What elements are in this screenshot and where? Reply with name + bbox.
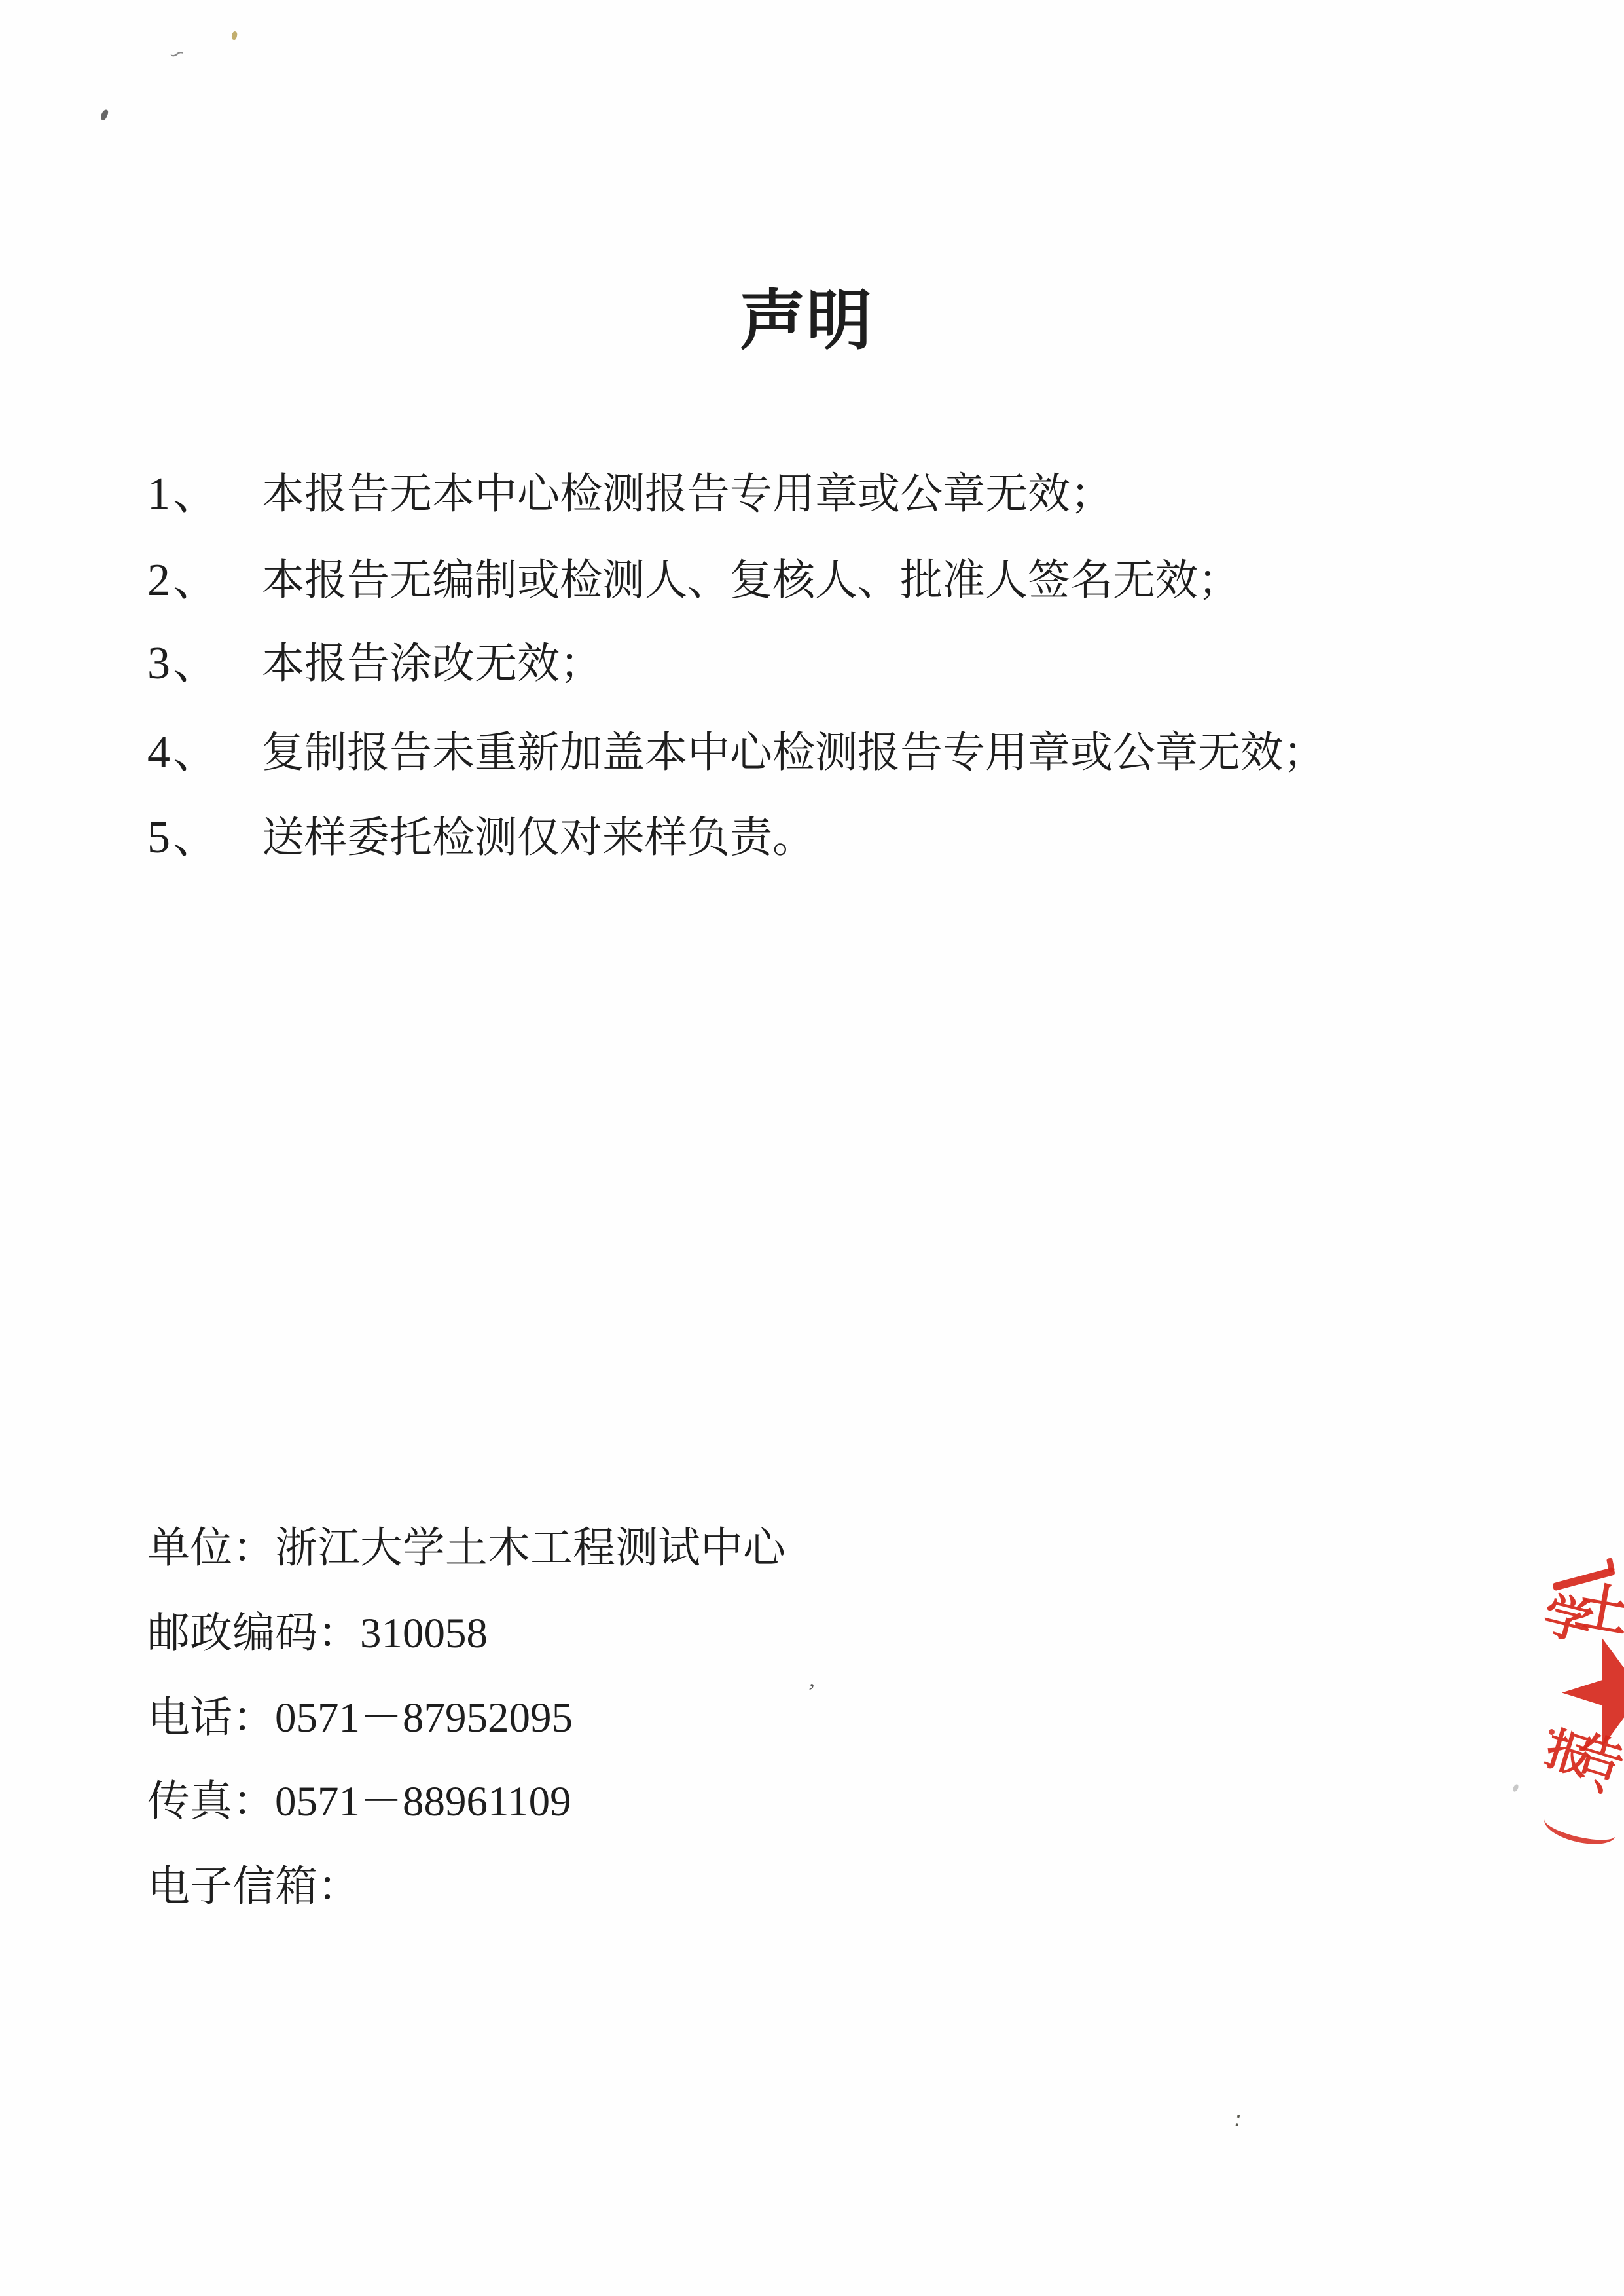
seal-ink-dot [1549, 1729, 1555, 1735]
statement-item-number: 4、 [147, 730, 221, 776]
seal-char: 、 [1589, 1754, 1624, 1808]
seal-ring-arc [1541, 1804, 1619, 1850]
contact-postcode-line: 邮政编码：310058 [147, 1613, 488, 1655]
seal-char: 报 [1540, 1726, 1597, 1783]
seal-char: 告 [1572, 1730, 1624, 1787]
scan-speck [1512, 1783, 1519, 1793]
contact-phone-line: 电话：0571－87952095 [147, 1697, 573, 1740]
statement-item-text: 本报告无编制或检测人、复核人、批准人签名无效； [262, 560, 1240, 602]
seal-stroke [1606, 1558, 1615, 1572]
page-title: 声明 [740, 289, 873, 354]
statement-item-text: 本报告涂改无效； [262, 643, 602, 685]
seal-stroke [1552, 1567, 1615, 1592]
contact-unit-line: 单位：浙江大学土木工程测试中心 [147, 1527, 785, 1570]
statement-item-text: 送样委托检测仅对来样负责。 [262, 817, 815, 860]
scanned-report-statement-page: 声明 1、 本报告无本中心检测报告专用章或公章无效； 2、 本报告无编制或检测人… [0, 0, 1624, 2296]
statement-item-number: 3、 [147, 641, 221, 687]
statement-item-number: 1、 [147, 471, 221, 517]
statement-item-text: 复制报告未重新加盖本中心检测报告专用章或公章无效； [262, 732, 1326, 774]
contact-fax-line: 传真：0571－88961109 [147, 1781, 571, 1823]
scan-speck: ∽ [166, 43, 188, 66]
scan-speck: ’ [806, 1679, 817, 1704]
contact-email-line: 电子信箱： [147, 1866, 360, 1908]
seal-char: 学 [1538, 1591, 1597, 1650]
seal-star-icon [1562, 1635, 1624, 1750]
statement-item-text: 本报告无本中心检测报告专用章或公章无效； [262, 473, 1113, 516]
scan-speck [230, 31, 238, 41]
statement-item-number: 2、 [147, 558, 221, 604]
seal-char: 土 [1572, 1580, 1624, 1641]
scan-speck: ∶ [1233, 2110, 1242, 2133]
scan-speck [99, 109, 109, 121]
statement-item-number: 5、 [147, 815, 221, 861]
